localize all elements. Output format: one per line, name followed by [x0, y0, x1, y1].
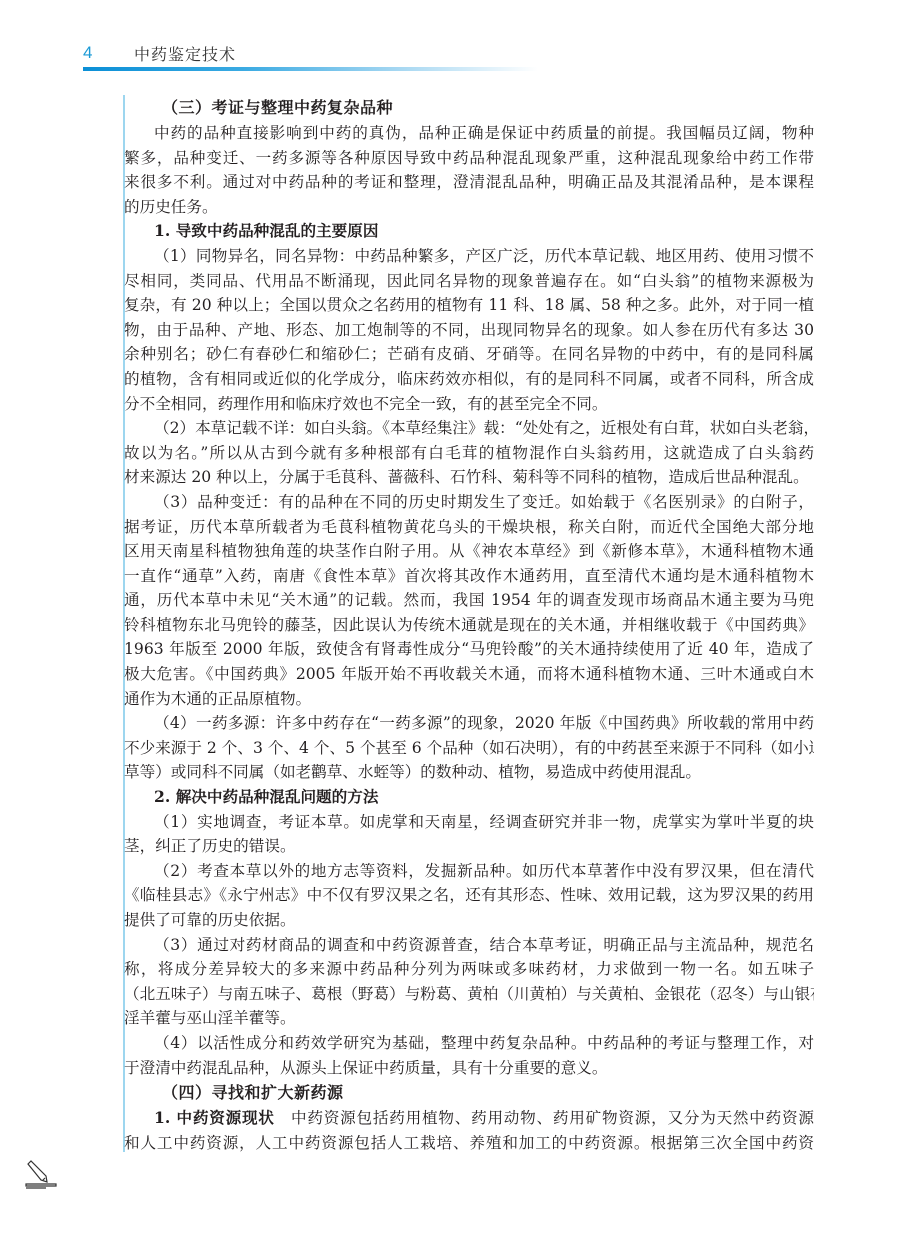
inline-lead-heading: 1. 中药资源现状 — [154, 1108, 275, 1127]
text-line: （1）实地调查，考证本草。如虎掌和天南星，经调查研究并非一物，虎掌实为掌叶半夏的… — [124, 810, 814, 835]
subheading-causes: 1. 导致中药品种混乱的主要原因 — [124, 219, 814, 244]
text-line: 铃科植物东北马兜铃的藤茎，因此误认为传统木通就是现在的关木通，并相继收载于《中国… — [124, 613, 814, 638]
text-line: 繁多，品种变迁、一药多源等各种原因导致中药品种混乱现象严重，这种混乱现象给中药工… — [124, 146, 814, 171]
book-title: 中药鉴定技术 — [134, 42, 236, 65]
paragraph-resource-status: 1. 中药资源现状 中药资源包括药用植物、药用动物、药用矿物资源，又分为天然中药… — [124, 1106, 814, 1155]
text-line: 的历史任务。 — [124, 195, 814, 220]
text-line: 分不全相同，药理作用和临床疗效也不完全一致，有的甚至完全不同。 — [124, 392, 814, 417]
text-line: 通，历代本草中未见“关木通”的记载。然而，我国 1954 年的调查发现市场商品木… — [124, 588, 814, 613]
text-line: 尽相同，类同品、代用品不断涌现，因此同名异物的现象普遍存在。如“白头翁”的植物来… — [124, 269, 814, 294]
text-line: 称，将成分差异较大的多来源中药品种分列为两味或多味药材，力求做到一物一名。如五味… — [124, 957, 814, 982]
text-line: 不少来源于 2 个、3 个、4 个、5 个甚至 6 个品种（如石决明），有的中药… — [124, 736, 814, 761]
subheading-methods: 2. 解决中药品种混乱问题的方法 — [124, 785, 814, 810]
text-line: 的植物，含有相同或近似的化学成分，临床药效亦相似，有的是同科不同属，或者不同科，… — [124, 367, 814, 392]
paragraph-method-4: （4）以活性成分和药效学研究为基础，整理中药复杂品种。中药品种的考证与整理工作，… — [124, 1031, 814, 1080]
text-line: 通作为木通的正品原植物。 — [124, 687, 814, 712]
text-line: 余种别名；砂仁有春砂仁和缩砂仁；芒硝有皮硝、牙硝等。在同名异物的中药中，有的是同… — [124, 342, 814, 367]
text-line: （3）通过对药材商品的调查和中药资源普查，结合本草考证，明确正品与主流品种，规范… — [124, 933, 814, 958]
text-line: 1. 中药资源现状 中药资源包括药用植物、药用动物、药用矿物资源，又分为天然中药… — [124, 1106, 814, 1131]
paragraph-cause-4: （4）一药多源：许多中药存在“一药多源”的现象，2020 年版《中国药典》所收载… — [124, 711, 814, 785]
text-line: 一直作“通草”入药，南唐《食性本草》首次将其改作木通药用，直至清代木通均是木通科… — [124, 564, 814, 589]
text-line: （4）以活性成分和药效学研究为基础，整理中药复杂品种。中药品种的考证与整理工作，… — [124, 1031, 814, 1056]
inline-text: 中药资源包括药用植物、药用动物、药用矿物资源，又分为天然中药资源 — [275, 1109, 814, 1127]
text-line: 区用天南星科植物独角莲的块茎作白附子用。从《神农本草经》到《新修本草》，木通科植… — [124, 539, 814, 564]
text-line: （4）一药多源：许多中药存在“一药多源”的现象，2020 年版《中国药典》所收载… — [124, 711, 814, 736]
section-heading-4: （四）寻找和扩大新药源 — [124, 1080, 814, 1106]
text-line: 极大危害。《中国药典》2005 年版开始不再收载关木通，而将木通科植物木通、三叶… — [124, 662, 814, 687]
page-header: 4 中药鉴定技术 — [83, 38, 683, 78]
text-line: 复杂，有 20 种以上；全国以贯众之名药用的植物有 11 科、18 属、58 种… — [124, 293, 814, 318]
text-line: 和人工中药资源，人工中药资源包括人工栽培、养殖和加工的中药资源。根据第三次全国中… — [124, 1131, 814, 1156]
text-line: 茎，纠正了历史的错误。 — [124, 834, 814, 859]
paragraph-cause-2: （2）本草记载不详：如白头翁。《本草经集注》载：“处处有之，近根处有白茸，状如白… — [124, 416, 814, 490]
text-line: 据考证，历代本草所载者为毛茛科植物黄花乌头的干燥块根，称关白附，而近代全国绝大部… — [124, 515, 814, 540]
paragraph-method-2: （2）考查本草以外的地方志等资料，发掘新品种。如历代本草著作中没有罗汉果，但在清… — [124, 859, 814, 933]
text-line: 1963 年版至 2000 年版，致使含有肾毒性成分“马兜铃酸”的关木通持续使用… — [124, 637, 814, 662]
text-line: 提供了可靠的历史依据。 — [124, 908, 814, 933]
header-gradient-rule — [83, 67, 538, 71]
text-line: （3）品种变迁：有的品种在不同的历史时期发生了变迁。如始载于《名医别录》的白附子… — [124, 490, 814, 515]
page-number: 4 — [83, 43, 92, 63]
paragraph-cause-3: （3）品种变迁：有的品种在不同的历史时期发生了变迁。如始载于《名医别录》的白附子… — [124, 490, 814, 711]
section-heading-3: （三）考证与整理中药复杂品种 — [124, 95, 814, 121]
paragraph-intro: 中药的品种直接影响到中药的真伪，品种正确是保证中药质量的前提。我国幅员辽阔，物种… — [124, 121, 814, 219]
text-line: 中药的品种直接影响到中药的真伪，品种正确是保证中药质量的前提。我国幅员辽阔，物种 — [124, 121, 814, 146]
text-line: 于澄清中药混乱品种，从源头上保证中药质量，具有十分重要的意义。 — [124, 1056, 814, 1081]
paragraph-method-3: （3）通过对药材商品的调查和中药资源普查，结合本草考证，明确正品与主流品种，规范… — [124, 933, 814, 1031]
text-line: 材来源达 20 种以上，分属于毛茛科、蔷薇科、石竹科、菊科等不同科的植物，造成后… — [124, 465, 814, 490]
paragraph-method-1: （1）实地调查，考证本草。如虎掌和天南星，经调查研究并非一物，虎掌实为掌叶半夏的… — [124, 810, 814, 859]
text-line: 《临桂县志》《永宁州志》中不仅有罗汉果之名，还有其形态、性味、效用记载，这为罗汉… — [124, 883, 814, 908]
text-line: （2）本草记载不详：如白头翁。《本草经集注》载：“处处有之，近根处有白茸，状如白… — [124, 416, 814, 441]
text-line: （1）同物异名，同名异物：中药品种繁多，产区广泛，历代本草记载、地区用药、使用习… — [124, 244, 814, 269]
page-body: （三）考证与整理中药复杂品种 中药的品种直接影响到中药的真伪，品种正确是保证中药… — [124, 95, 814, 1155]
text-line: 来很多不利。通过对中药品种的考证和整理，澄清混乱品种，明确正品及其混淆品种，是本… — [124, 170, 814, 195]
paragraph-cause-1: （1）同物异名，同名异物：中药品种繁多，产区广泛，历代本草记载、地区用药、使用习… — [124, 244, 814, 416]
text-line: 草等）或同科不同属（如老鹳草、水蛭等）的数种动、植物，易造成中药使用混乱。 — [124, 760, 814, 785]
text-line: （北五味子）与南五味子、葛根（野葛）与粉葛、黄柏（川黄柏）与关黄柏、金银花（忍冬… — [124, 982, 814, 1007]
text-line: 物，由于品种、产地、形态、加工炮制等的不同，出现同物异名的现象。如人参在历代有多… — [124, 318, 814, 343]
pencil-note-icon — [20, 1160, 60, 1196]
text-line: 淫羊藿与巫山淫羊藿等。 — [124, 1006, 814, 1031]
text-line: 故以为名。”所以从古到今就有多种根部有白毛茸的植物混作白头翁药用，这就造成了白头… — [124, 441, 814, 466]
text-line: （2）考查本草以外的地方志等资料，发掘新品种。如历代本草著作中没有罗汉果，但在清… — [124, 859, 814, 884]
